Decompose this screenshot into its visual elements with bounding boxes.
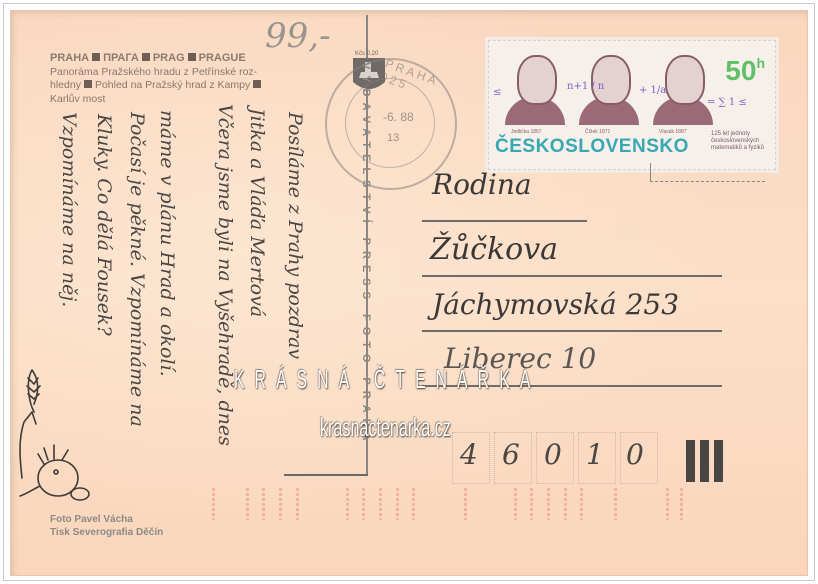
price-note: 99,- [265, 16, 331, 56]
watermark-url[interactable]: krasnactenarka.cz [320, 412, 451, 443]
sorting-mark [412, 488, 415, 520]
indicia-value: Kčs 0,20 [355, 51, 379, 57]
stamp-formula-2: n+1 / n [567, 81, 604, 92]
zip-digit-3: 0 [544, 438, 562, 471]
caption-text-1: Panoráma Pražského hradu z Petřínské roz… [50, 66, 257, 78]
zip-digit-4: 1 [586, 438, 604, 471]
stamp-note: 125 let jednoty československých matemat… [711, 131, 773, 152]
message-line-2: Jitka a Vláďa Mertová [246, 108, 268, 317]
sorting-mark [464, 488, 467, 520]
square-bullet-icon [142, 53, 150, 61]
caption-title-russian: ПРАГА [103, 52, 139, 64]
caption-title-czech: PRAHA [50, 52, 89, 64]
printing-credits: Foto Pavel Vácha Tisk Severografia Děčín [50, 514, 163, 539]
caption-title: PRAHAПРАГАPRAGPRAGUE [50, 52, 300, 66]
zip-digit-5: 0 [626, 438, 644, 471]
message-line-4: máme v plánu Hrad a okolí. [156, 110, 178, 377]
sorting-mark [564, 488, 567, 520]
sorting-mark [362, 488, 365, 520]
address-rule-2 [422, 275, 722, 277]
address-line-2: Žůčkova [430, 232, 558, 267]
sorting-mark [614, 488, 617, 520]
postal-code-bar [686, 440, 695, 482]
address-rule-1 [422, 220, 587, 222]
sorting-mark [246, 488, 249, 520]
caption-description: Panoráma Pražského hradu z Petřínské roz… [50, 66, 300, 107]
print-credit: Tisk Severografia Děčín [50, 527, 163, 540]
stamp-formula-1: ≤ [493, 87, 501, 98]
sorting-mark [279, 488, 282, 520]
portrait-name-3: Vlasák 1887 [659, 129, 687, 135]
postmark-number: 13 [387, 132, 399, 144]
sorting-mark [379, 488, 382, 520]
divider-foot [284, 474, 368, 476]
watermark-title: KRÁSNÁ ČTENÁŘKA [234, 364, 540, 395]
sorting-mark [262, 488, 265, 520]
postal-code-bar [700, 440, 709, 482]
sorting-mark [666, 488, 669, 520]
sorting-mark [514, 488, 517, 520]
message-line-6: Kluky. Co dělá Fousek? [93, 114, 115, 336]
zip-digit-1: 4 [460, 438, 478, 471]
postmark-date: -6. 88 [383, 110, 414, 124]
stamp-portrait-1: Jedlička 1867 [503, 55, 567, 127]
message-line-3: Včera jsme byli na Vyšehradě, dnes [214, 104, 236, 446]
message-line-5: Počasí je pěkné. Vzpomínáme na [126, 112, 148, 427]
address-line-3: Jáchymovská 253 [432, 288, 679, 321]
stamp-country: ČESKOSLOVENSKO [495, 136, 689, 158]
postal-code-bar [714, 440, 723, 482]
portrait-name-2: Čížek 1871 [585, 129, 610, 135]
stamp-formula-3: + 1/a [639, 85, 666, 96]
zip-digit-2: 6 [502, 438, 520, 471]
caption-title-english: PRAGUE [199, 52, 246, 64]
postage-stamp: Jedlička 1867 Čížek 1871 Vlasák 1887 ≤ n… [488, 40, 776, 170]
portrait-name-1: Jedlička 1867 [511, 129, 542, 135]
stamp-value: 50h [725, 55, 765, 87]
caption-text-4: Karlův most [50, 93, 105, 105]
sorting-mark [396, 488, 399, 520]
address-rule-3 [422, 330, 722, 332]
message-line-1: Posíláme z Prahy pozdrav [284, 112, 306, 359]
stamp-placement-box [650, 163, 765, 182]
caption-text-2: hledny [50, 79, 81, 91]
stamp-formula-4: = ∑ 1 ≤ [707, 97, 747, 108]
message-line-7: Vzpomínáme na něj. [58, 112, 80, 307]
sorting-mark [580, 488, 583, 520]
mouse-doodle-icon [14, 360, 114, 510]
sorting-mark [530, 488, 533, 520]
square-bullet-icon [188, 53, 196, 61]
sorting-mark [212, 488, 215, 520]
square-bullet-icon [92, 53, 100, 61]
square-bullet-icon [253, 80, 261, 88]
caption-text-3: Pohled na Pražský hrad z Kampy [95, 79, 250, 91]
sorting-mark [296, 488, 299, 520]
sorting-mark [680, 488, 683, 520]
photo-credit: Foto Pavel Vácha [50, 514, 163, 527]
sorting-mark [547, 488, 550, 520]
postcard-caption: PRAHAПРАГАPRAGPRAGUE Panoráma Pražského … [50, 52, 300, 106]
sorting-mark [346, 488, 349, 520]
square-bullet-icon [84, 80, 92, 88]
address-line-1: Rodina [432, 168, 532, 201]
caption-title-german: PRAG [153, 52, 185, 64]
